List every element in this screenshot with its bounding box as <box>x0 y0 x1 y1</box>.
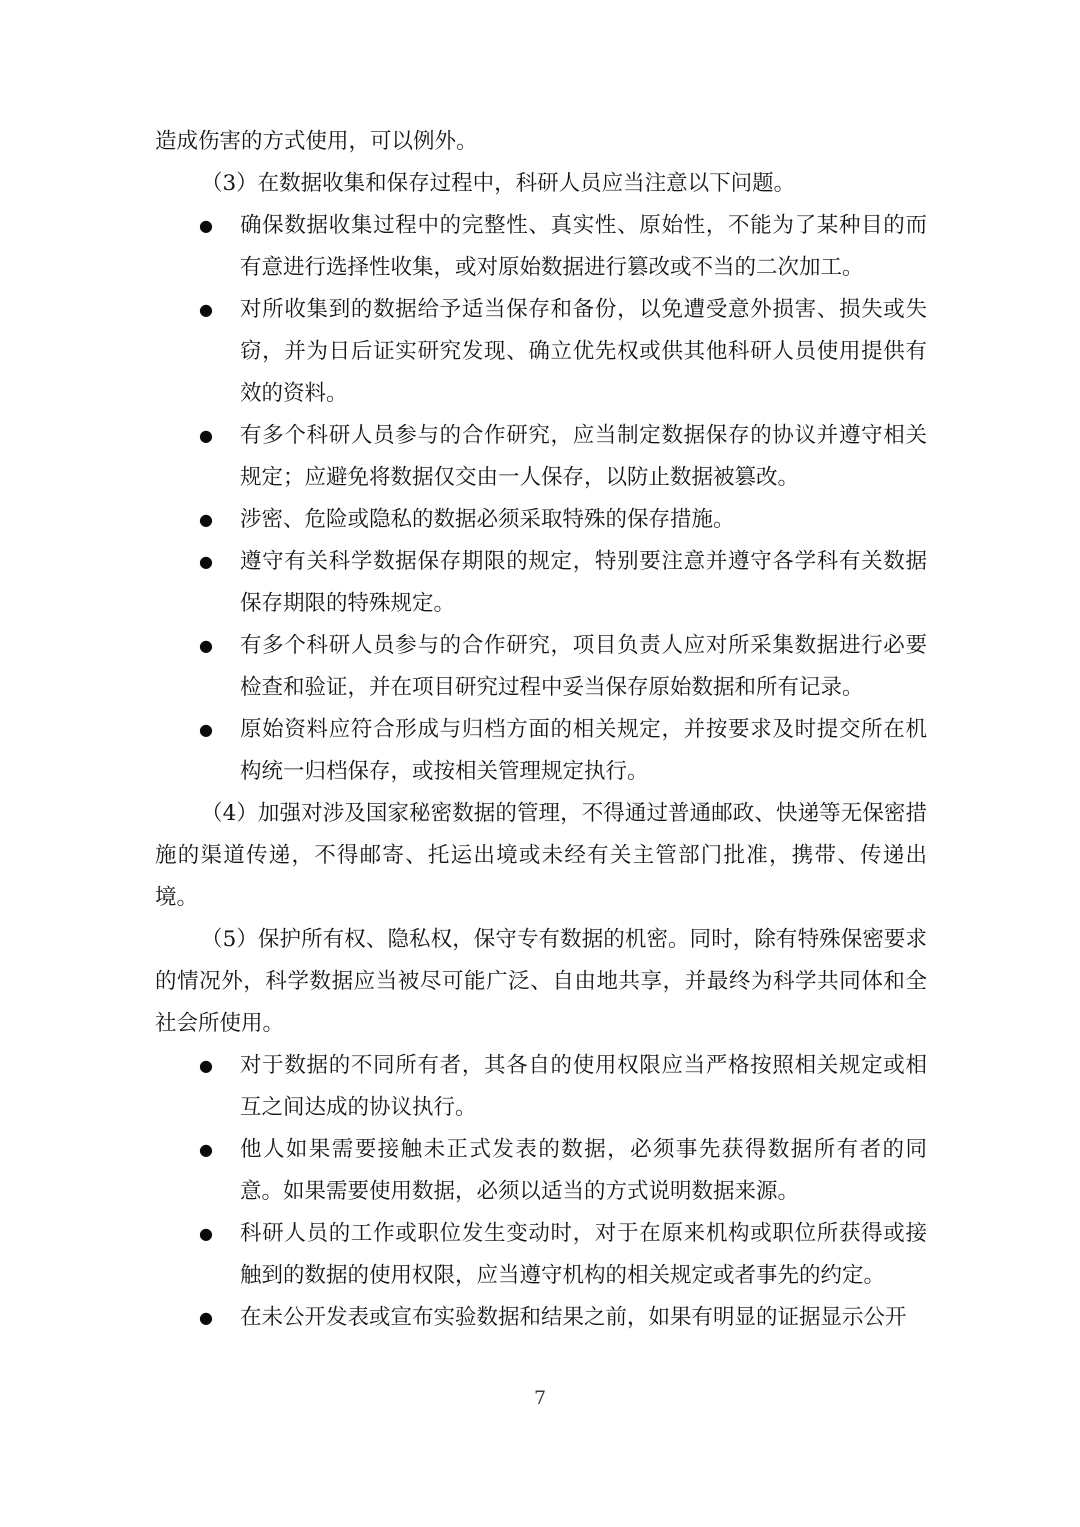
bullet-text: 他人如果需要接触未正式发表的数据，必须事先获得数据所有者的同意。如果需要使用数据… <box>240 1137 927 1204</box>
bullet-item: ● 在未公开发表或宣布实验数据和结果之前，如果有明显的证据显示公开 <box>155 1297 927 1339</box>
bullet-item: ● 涉密、危险或隐私的数据必须采取特殊的保存措施。 <box>155 499 927 541</box>
bullet-text: 科研人员的工作或职位发生变动时，对于在原来机构或职位所获得或接触到的数据的使用权… <box>240 1221 927 1288</box>
document-page: 造成伤害的方式使用，可以例外。 （3）在数据收集和保存过程中，科研人员应当注意以… <box>0 0 1080 1527</box>
bullet-icon: ● <box>199 1045 213 1087</box>
bullet-icon: ● <box>199 289 213 331</box>
page-content: 造成伤害的方式使用，可以例外。 （3）在数据收集和保存过程中，科研人员应当注意以… <box>155 121 927 1339</box>
bullet-item: ● 遵守有关科学数据保存期限的规定，特别要注意并遵守各学科有关数据保存期限的特殊… <box>155 541 927 625</box>
bullet-item: ● 有多个科研人员参与的合作研究，应当制定数据保存的协议并遵守相关规定；应避免将… <box>155 415 927 499</box>
paragraph-numbered-4: （4）加强对涉及国家秘密数据的管理，不得通过普通邮政、快递等无保密措施的渠道传递… <box>155 793 927 919</box>
bullet-item: ● 对所收集到的数据给予适当保存和备份，以免遭受意外损害、损失或失窃，并为日后证… <box>155 289 927 415</box>
bullet-text: 对所收集到的数据给予适当保存和备份，以免遭受意外损害、损失或失窃，并为日后证实研… <box>240 297 927 406</box>
page-number: 7 <box>0 1386 1080 1410</box>
bullet-icon: ● <box>199 541 213 583</box>
bullet-text: 确保数据收集过程中的完整性、真实性、原始性，不能为了某种目的而有意进行选择性收集… <box>240 213 927 280</box>
bullet-text: 在未公开发表或宣布实验数据和结果之前，如果有明显的证据显示公开 <box>240 1305 907 1330</box>
bullet-icon: ● <box>199 625 213 667</box>
bullet-text: 有多个科研人员参与的合作研究，项目负责人应对所采集数据进行必要检查和验证，并在项… <box>240 633 927 700</box>
bullet-item: ● 科研人员的工作或职位发生变动时，对于在原来机构或职位所获得或接触到的数据的使… <box>155 1213 927 1297</box>
bullet-item: ● 确保数据收集过程中的完整性、真实性、原始性，不能为了某种目的而有意进行选择性… <box>155 205 927 289</box>
bullet-icon: ● <box>199 1129 213 1171</box>
bullet-icon: ● <box>199 415 213 457</box>
bullet-icon: ● <box>199 1297 213 1339</box>
paragraph: 造成伤害的方式使用，可以例外。 <box>155 121 927 163</box>
bullet-item: ● 对于数据的不同所有者，其各自的使用权限应当严格按照相关规定或相互之间达成的协… <box>155 1045 927 1129</box>
bullet-text: 有多个科研人员参与的合作研究，应当制定数据保存的协议并遵守相关规定；应避免将数据… <box>240 423 927 490</box>
bullet-item: ● 他人如果需要接触未正式发表的数据，必须事先获得数据所有者的同意。如果需要使用… <box>155 1129 927 1213</box>
bullet-item: ● 原始资料应符合形成与归档方面的相关规定，并按要求及时提交所在机构统一归档保存… <box>155 709 927 793</box>
bullet-item: ● 有多个科研人员参与的合作研究，项目负责人应对所采集数据进行必要检查和验证，并… <box>155 625 927 709</box>
bullet-text: 原始资料应符合形成与归档方面的相关规定，并按要求及时提交所在机构统一归档保存，或… <box>240 717 927 784</box>
bullet-icon: ● <box>199 709 213 751</box>
bullet-icon: ● <box>199 499 213 541</box>
bullet-text: 对于数据的不同所有者，其各自的使用权限应当严格按照相关规定或相互之间达成的协议执… <box>240 1053 927 1120</box>
bullet-icon: ● <box>199 1213 213 1255</box>
bullet-text: 涉密、危险或隐私的数据必须采取特殊的保存措施。 <box>240 507 735 532</box>
paragraph-numbered-3: （3）在数据收集和保存过程中，科研人员应当注意以下问题。 <box>155 163 927 205</box>
bullet-text: 遵守有关科学数据保存期限的规定，特别要注意并遵守各学科有关数据保存期限的特殊规定… <box>240 549 927 616</box>
paragraph-numbered-5: （5）保护所有权、隐私权，保守专有数据的机密。同时，除有特殊保密要求的情况外，科… <box>155 919 927 1045</box>
bullet-icon: ● <box>199 205 213 247</box>
